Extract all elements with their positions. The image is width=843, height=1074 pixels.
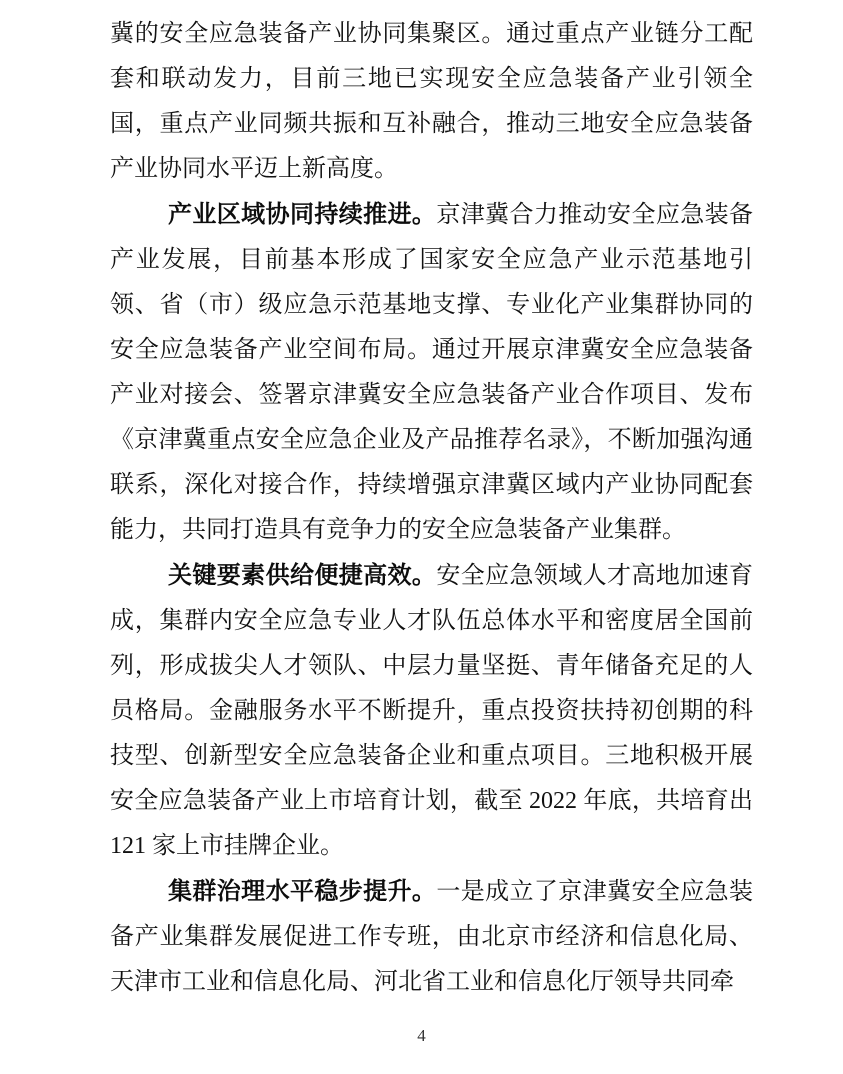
paragraph-key-elements: 关键要素供给便捷高效。安全应急领域人才高地加速育成，集群内安全应急专业人才队伍总… [110,553,753,869]
document-page: 冀的安全应急装备产业协同集聚区。通过重点产业链分工配套和联动发力，目前三地已实现… [0,0,843,1074]
paragraph-lead-bold: 产业区域协同持续推进。 [168,201,436,228]
document-body: 冀的安全应急装备产业协同集聚区。通过重点产业链分工配套和联动发力，目前三地已实现… [110,12,753,1005]
paragraph-regional-coordination: 产业区域协同持续推进。京津冀合力推动安全应急装备产业发展，目前基本形成了国家安全… [110,192,753,553]
paragraph-cluster-governance: 集群治理水平稳步提升。一是成立了京津冀安全应急装备产业集群发展促进工作专班，由北… [110,869,753,1005]
paragraph-text: 冀的安全应急装备产业协同集聚区。通过重点产业链分工配套和联动发力，目前三地已实现… [110,21,753,182]
paragraph-text: 安全应急领域人才高地加速育成，集群内安全应急专业人才队伍总体水平和密度居全国前列… [110,563,753,859]
paragraph-text: 京津冀合力推动安全应急装备产业发展，目前基本形成了国家安全应急产业示范基地引领、… [110,202,753,543]
paragraph-lead-bold: 关键要素供给便捷高效。 [168,562,436,589]
paragraph-lead-bold: 集群治理水平稳步提升。 [168,878,436,905]
paragraph-continuation: 冀的安全应急装备产业协同集聚区。通过重点产业链分工配套和联动发力，目前三地已实现… [110,12,753,192]
page-number: 4 [0,1026,843,1046]
